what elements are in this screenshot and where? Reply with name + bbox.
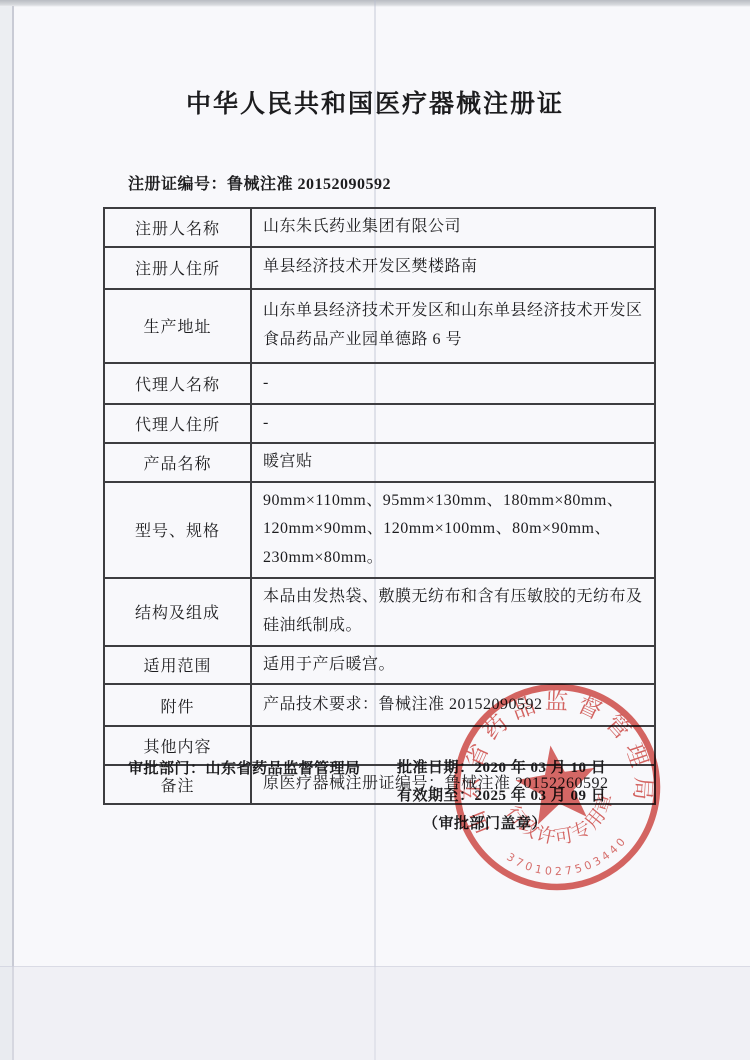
- row-value: 单县经济技术开发区樊楼路南: [252, 248, 654, 288]
- table-row: 生产地址 山东单县经济技术开发区和山东单县经济技术开发区食品药品产业园单德路 6…: [105, 288, 654, 362]
- row-label: 附件: [105, 685, 252, 725]
- row-value: 本品由发热袋、敷膜无纺布和含有压敏胶的无纺布及硅油纸制成。: [252, 579, 654, 645]
- row-label: 注册人住所: [105, 248, 252, 288]
- row-value: -: [252, 405, 654, 442]
- page-title: 中华人民共和国医疗器械注册证: [0, 84, 750, 120]
- official-seal-stamp: 山东省药品监督管理局 行政许可专用章 3701027503440: [425, 655, 688, 918]
- row-label: 适用范围: [105, 647, 252, 684]
- row-value: -: [252, 364, 654, 403]
- table-row: 代理人名称 -: [105, 362, 654, 403]
- registration-number-line: 注册证编号：鲁械注准 20152090592: [128, 171, 391, 194]
- table-row: 代理人住所 -: [105, 403, 654, 442]
- table-row: 产品名称 暖宫贴: [105, 442, 654, 481]
- scan-bottom-edge: [0, 966, 750, 1060]
- row-label: 型号、规格: [105, 483, 252, 577]
- row-label: 生产地址: [105, 290, 252, 362]
- row-label: 注册人名称: [105, 209, 252, 246]
- row-value: 暖宫贴: [252, 444, 654, 481]
- row-label: 代理人名称: [105, 364, 252, 403]
- scan-left-edge: [0, 6, 14, 1060]
- table-row: 结构及组成 本品由发热袋、敷膜无纺布和含有压敏胶的无纺布及硅油纸制成。: [105, 577, 654, 645]
- row-label: 产品名称: [105, 444, 252, 481]
- row-value: 山东单县经济技术开发区和山东单县经济技术开发区食品药品产业园单德路 6 号: [252, 290, 654, 362]
- table-row: 型号、规格 90mm×110mm、95mm×130mm、180mm×80mm、1…: [105, 481, 654, 577]
- table-row: 注册人名称 山东朱氏药业集团有限公司: [105, 209, 654, 246]
- row-label: 结构及组成: [105, 579, 252, 645]
- row-value: 90mm×110mm、95mm×130mm、180mm×80mm、120mm×9…: [252, 483, 654, 577]
- table-row: 注册人住所 单县经济技术开发区樊楼路南: [105, 246, 654, 288]
- scanned-certificate-page: 中华人民共和国医疗器械注册证 注册证编号：鲁械注准 20152090592 注册…: [0, 0, 750, 1060]
- row-value: 山东朱氏药业集团有限公司: [252, 209, 654, 246]
- row-label: 代理人住所: [105, 405, 252, 442]
- approval-department: 审批部门：山东省药品监督管理局: [128, 757, 361, 778]
